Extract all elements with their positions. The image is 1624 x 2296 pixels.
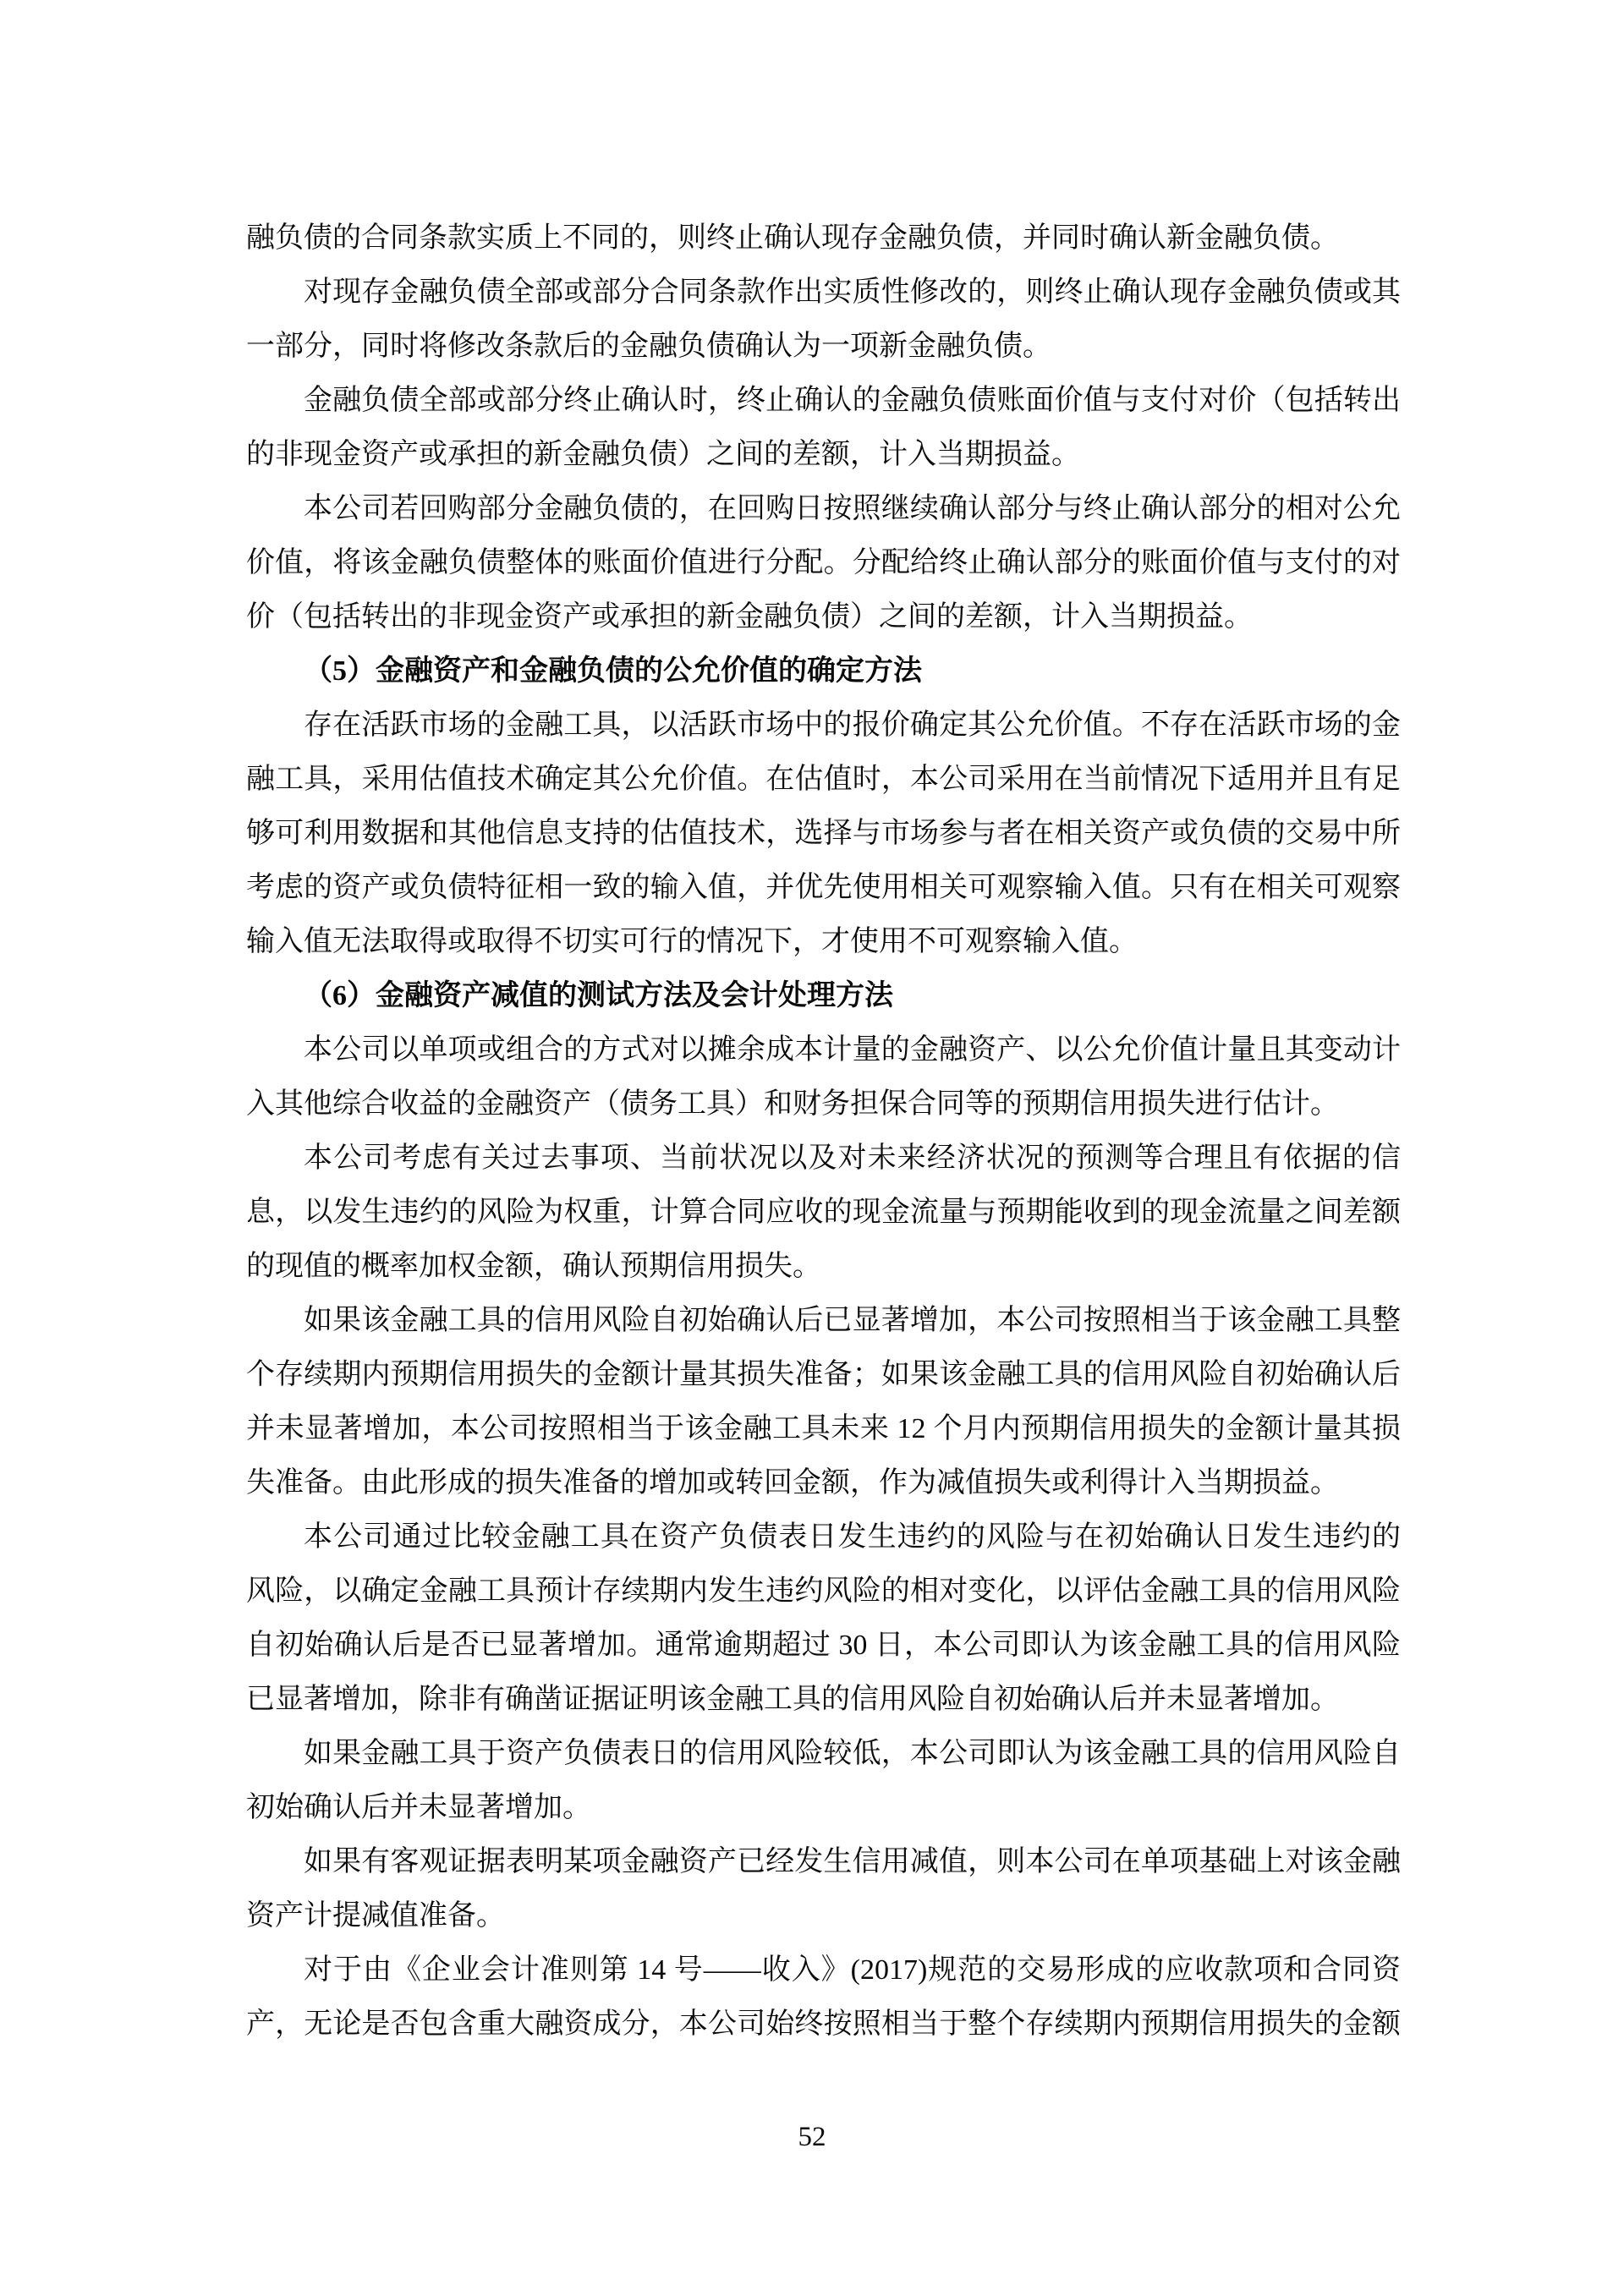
text-line: 自初始确认后是否已显著增加。通常逾期超过 30 日，本公司即认为该金融工具的信用… bbox=[246, 1619, 1401, 1673]
section-heading: （6）金融资产减值的测试方法及会计处理方法 bbox=[246, 969, 1401, 1023]
text-line: 对现存金融负债全部或部分合同条款作出实质性修改的，则终止确认现存金融负债或其 bbox=[246, 266, 1401, 320]
text-line: 融工具，采用估值技术确定其公允价值。在估值时，本公司采用在当前情况下适用并且有足 bbox=[246, 753, 1401, 807]
text-line: 存在活跃市场的金融工具，以活跃市场中的报价确定其公允价值。不存在活跃市场的金 bbox=[246, 699, 1401, 753]
text-line: 风险，以确定金融工具预计存续期内发生违约风险的相对变化，以评估金融工具的信用风险 bbox=[246, 1564, 1401, 1619]
paragraph: 金融负债全部或部分终止确认时，终止确认的金融负债账面价值与支付对价（包括转出 的… bbox=[246, 374, 1401, 482]
paragraph: 存在活跃市场的金融工具，以活跃市场中的报价确定其公允价值。不存在活跃市场的金 融… bbox=[246, 699, 1401, 969]
heading-line: （6）金融资产减值的测试方法及会计处理方法 bbox=[246, 969, 1401, 1023]
text-line: 本公司以单项或组合的方式对以摊余成本计量的金融资产、以公允价值计量且其变动计 bbox=[246, 1023, 1401, 1077]
paragraph: 如果金融工具于资产负债表日的信用风险较低，本公司即认为该金融工具的信用风险自 初… bbox=[246, 1727, 1401, 1835]
text-line: 输入值无法取得或取得不切实可行的情况下，才使用不可观察输入值。 bbox=[246, 915, 1401, 969]
text-line: 如果该金融工具的信用风险自初始确认后已显著增加，本公司按照相当于该金融工具整 bbox=[246, 1294, 1401, 1348]
text-line: 入其他综合收益的金融资产（债务工具）和财务担保合同等的预期信用损失进行估计。 bbox=[246, 1077, 1401, 1132]
text-line: 的现值的概率加权金额，确认预期信用损失。 bbox=[246, 1240, 1401, 1294]
text-line: 一部分，同时将修改条款后的金融负债确认为一项新金融负债。 bbox=[246, 320, 1401, 374]
text-line: 价（包括转出的非现金资产或承担的新金融负债）之间的差额，计入当期损益。 bbox=[246, 590, 1401, 644]
paragraph: 如果有客观证据表明某项金融资产已经发生信用减值，则本公司在单项基础上对该金融 资… bbox=[246, 1835, 1401, 1943]
text-line: 本公司通过比较金融工具在资产负债表日发生违约的风险与在初始确认日发生违约的 bbox=[246, 1510, 1401, 1564]
text-line: 初始确认后并未显著增加。 bbox=[246, 1781, 1401, 1835]
page-number: 52 bbox=[0, 2118, 1624, 2156]
text-line: 对于由《企业会计准则第 14 号——收入》(2017)规范的交易形成的应收款项和… bbox=[246, 1943, 1401, 1997]
text-line: 融负债的合同条款实质上不同的，则终止确认现存金融负债，并同时确认新金融负债。 bbox=[246, 211, 1401, 266]
text-line: 资产计提减值准备。 bbox=[246, 1889, 1401, 1943]
text-line: 息，以发生违约的风险为权重，计算合同应收的现金流量与预期能收到的现金流量之间差额 bbox=[246, 1186, 1401, 1240]
text-line: 产，无论是否包含重大融资成分，本公司始终按照相当于整个存续期内预期信用损失的金额 bbox=[246, 1997, 1401, 2052]
paragraph: 对于由《企业会计准则第 14 号——收入》(2017)规范的交易形成的应收款项和… bbox=[246, 1943, 1401, 2052]
paragraph: 融负债的合同条款实质上不同的，则终止确认现存金融负债，并同时确认新金融负债。 bbox=[246, 211, 1401, 266]
text-line: 如果金融工具于资产负债表日的信用风险较低，本公司即认为该金融工具的信用风险自 bbox=[246, 1727, 1401, 1781]
paragraph: 本公司考虑有关过去事项、当前状况以及对未来经济状况的预测等合理且有依据的信 息，… bbox=[246, 1132, 1401, 1294]
text-line: 已显著增加，除非有确凿证据证明该金融工具的信用风险自初始确认后并未显著增加。 bbox=[246, 1673, 1401, 1727]
text-line: 考虑的资产或负债特征相一致的输入值，并优先使用相关可观察输入值。只有在相关可观察 bbox=[246, 861, 1401, 915]
text-line: 价值，将该金融负债整体的账面价值进行分配。分配给终止确认部分的账面价值与支付的对 bbox=[246, 536, 1401, 590]
paragraph: 本公司以单项或组合的方式对以摊余成本计量的金融资产、以公允价值计量且其变动计 入… bbox=[246, 1023, 1401, 1132]
text-column: 融负债的合同条款实质上不同的，则终止确认现存金融负债，并同时确认新金融负债。 对… bbox=[246, 211, 1401, 2052]
text-line: 本公司若回购部分金融负债的，在回购日按照继续确认部分与终止确认部分的相对公允 bbox=[246, 482, 1401, 536]
paragraph: 本公司通过比较金融工具在资产负债表日发生违约的风险与在初始确认日发生违约的 风险… bbox=[246, 1510, 1401, 1727]
document-page: 融负债的合同条款实质上不同的，则终止确认现存金融负债，并同时确认新金融负债。 对… bbox=[0, 0, 1624, 2296]
text-line: 的非现金资产或承担的新金融负债）之间的差额，计入当期损益。 bbox=[246, 428, 1401, 482]
text-line: 金融负债全部或部分终止确认时，终止确认的金融负债账面价值与支付对价（包括转出 bbox=[246, 374, 1401, 428]
paragraph: 如果该金融工具的信用风险自初始确认后已显著增加，本公司按照相当于该金融工具整 个… bbox=[246, 1294, 1401, 1510]
text-line: 失准备。由此形成的损失准备的增加或转回金额，作为减值损失或利得计入当期损益。 bbox=[246, 1456, 1401, 1510]
text-line: 个存续期内预期信用损失的金额计量其损失准备；如果该金融工具的信用风险自初始确认后 bbox=[246, 1348, 1401, 1402]
text-line: 本公司考虑有关过去事项、当前状况以及对未来经济状况的预测等合理且有依据的信 bbox=[246, 1132, 1401, 1186]
text-line: 并未显著增加，本公司按照相当于该金融工具未来 12 个月内预期信用损失的金额计量… bbox=[246, 1402, 1401, 1456]
paragraph: 本公司若回购部分金融负债的，在回购日按照继续确认部分与终止确认部分的相对公允 价… bbox=[246, 482, 1401, 644]
text-line: 如果有客观证据表明某项金融资产已经发生信用减值，则本公司在单项基础上对该金融 bbox=[246, 1835, 1401, 1889]
text-line: 够可利用数据和其他信息支持的估值技术，选择与市场参与者在相关资产或负债的交易中所 bbox=[246, 807, 1401, 861]
heading-line: （5）金融资产和金融负债的公允价值的确定方法 bbox=[246, 644, 1401, 699]
section-heading: （5）金融资产和金融负债的公允价值的确定方法 bbox=[246, 644, 1401, 699]
paragraph: 对现存金融负债全部或部分合同条款作出实质性修改的，则终止确认现存金融负债或其 一… bbox=[246, 266, 1401, 374]
